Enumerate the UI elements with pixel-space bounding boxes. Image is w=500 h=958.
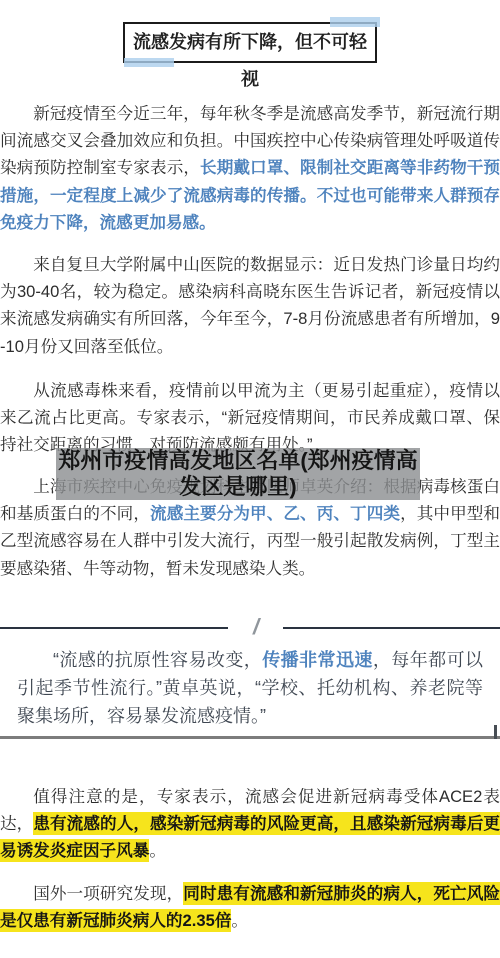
article-paragraph-5: 值得注意的是，专家表示，流感会促进新冠病毒受体ACE2表达，患有流感的人，感染新… — [0, 783, 500, 865]
text-segment-normal: 。 — [149, 841, 166, 860]
text-segment-blue: 流感主要分为甲、乙、丙、丁四类 — [150, 504, 400, 523]
quote-top-divider-right — [283, 627, 500, 629]
quote-divider-end-tick — [494, 725, 497, 739]
quote-top-divider-left — [0, 627, 228, 629]
overlay-watermark-title: 郑州市疫情高发地区名单(郑州疫情高发区是哪里) — [56, 448, 420, 500]
text-segment-normal: 国外一项研究发现， — [33, 884, 183, 903]
text-segment-yellow: 患有流感的人，感染新冠病毒的风险更高，且感染新冠病毒后更易诱发炎症因子风暴 — [0, 812, 500, 862]
text-segment-normal: 。 — [231, 911, 248, 930]
text-segment-normal: 从流感毒株来看，疫情前以甲流为主（更易引起重症），疫情以来乙流占比更高。专家表示… — [0, 381, 500, 454]
headline-text: 流感发病有所下降，但不可轻视 — [125, 24, 375, 98]
pull-quote-section: / “流感的抗原性容易改变，传播非常迅速，每年都可以引起季节性流行。”黄卓英说，… — [0, 610, 500, 745]
article-page: 流感发病有所下降，但不可轻视 新冠疫情至今近三年，每年秋冬季是流感高发季节，新冠… — [0, 0, 500, 958]
article-paragraph-3: 从流感毒株来看，疫情前以甲流为主（更易引起重症），疫情以来乙流占比更高。专家表示… — [0, 377, 500, 459]
article-paragraph-6: 国外一项研究发现，同时患有流感和新冠肺炎的病人，死亡风险是仅患有新冠肺炎病人的2… — [0, 880, 500, 934]
headline-box: 流感发病有所下降，但不可轻视 — [123, 22, 377, 63]
text-segment-blue: 传播非常迅速 — [262, 650, 373, 670]
article-paragraph-2: 来自复旦大学附属中山医院的数据显示：近日发热门诊量日均约为30-40名，较为稳定… — [0, 251, 500, 360]
pull-quote-text: “流感的抗原性容易改变，传播非常迅速，每年都可以引起季节性流行。”黄卓英说，“学… — [17, 646, 483, 730]
slash-mark-icon: / — [244, 612, 268, 642]
text-segment-normal: “流感的抗原性容易改变， — [53, 650, 262, 670]
text-segment-normal: 来自复旦大学附属中山医院的数据显示：近日发热门诊量日均约为30-40名，较为稳定… — [0, 255, 500, 356]
article-paragraph-1: 新冠疫情至今近三年，每年秋冬季是流感高发季节，新冠流行期间流感交叉会叠加效应和负… — [0, 100, 500, 236]
quote-bottom-divider — [0, 736, 500, 739]
